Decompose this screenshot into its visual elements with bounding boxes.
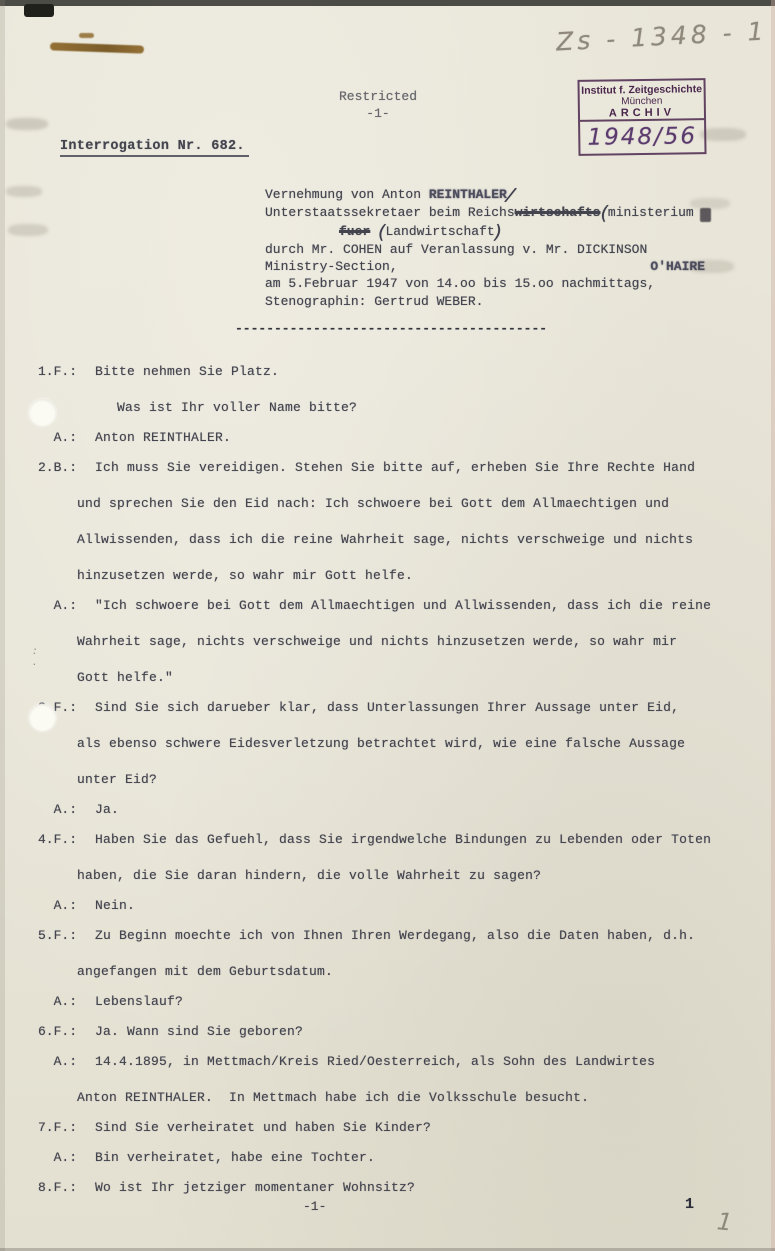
qa-label: 4.F.: xyxy=(30,822,77,894)
qa-entry: 2.B.:Ich muss Sie vereidigen. Stehen Sie… xyxy=(30,450,775,594)
scanned-document-page: : . Zs - 1348 - 1 Restricted -1- Institu… xyxy=(0,0,775,1251)
typed-page-number: 1 xyxy=(685,1196,694,1213)
interrogation-header: Vernehmung von Anton REINTHALER/ Unterst… xyxy=(265,186,715,310)
tape-residue-smudge xyxy=(50,42,144,53)
page-number-top: -1- xyxy=(333,106,423,121)
header-line-datetime: am 5.Februar 1947 von 14.oo bis 15.oo na… xyxy=(265,275,715,292)
qa-entry: 3.F.:Sind Sie sich darueber klar, dass U… xyxy=(30,690,775,798)
qa-label: A.: xyxy=(30,1044,77,1116)
paper-smudge xyxy=(6,186,42,197)
paper-smudge xyxy=(6,118,48,130)
qa-text: Bitte nehmen Sie Platz. Was ist Ihr voll… xyxy=(77,354,775,426)
qa-entry: 8.F.:Wo ist Ihr jetziger momentaner Wohn… xyxy=(30,1170,775,1206)
qa-text: Sind Sie sich darueber klar, dass Unterl… xyxy=(77,690,775,798)
classification-heading: Restricted xyxy=(333,89,423,104)
stamp-accession-number: 1948/56 xyxy=(580,118,704,154)
officer-name: O'HAIRE xyxy=(650,258,705,275)
qa-text: 14.4.1895, in Mettmach/Kreis Ried/Oester… xyxy=(77,1044,775,1116)
handwritten-paren-mark: ( xyxy=(600,205,607,222)
qa-entry: A.:"Ich schwoere bei Gott dem Allmaechti… xyxy=(30,588,775,696)
qa-label: 2.B.: xyxy=(30,450,77,594)
qa-entry: 4.F.:Haben Sie das Gefuehl, dass Sie irg… xyxy=(30,822,775,894)
header-line-interrogator: durch Mr. COHEN auf Veranlassung v. Mr. … xyxy=(265,241,715,258)
dashed-separator: ---------------------------------------- xyxy=(235,321,547,336)
scan-edge-left xyxy=(0,0,5,1251)
header-line-correction: fuer (Landwirtschaft) xyxy=(265,223,715,241)
qa-text: Wo ist Ihr jetziger momentaner Wohnsitz? xyxy=(77,1170,775,1206)
handwritten-close-paren: ) xyxy=(495,224,502,241)
qa-label: 8.F.: xyxy=(30,1170,77,1206)
document-title: Interrogation Nr. 682. xyxy=(60,139,249,157)
qa-label: A.: xyxy=(30,588,77,696)
header-line-position: Unterstaatssekretaer beim Reichswirtscha… xyxy=(265,204,715,222)
header-line-stenographer: Stenographin: Gertrud WEBER. xyxy=(265,293,715,310)
handwritten-archive-ref: Zs - 1348 - 1 xyxy=(555,16,768,56)
subject-name: REINTHALER xyxy=(429,187,507,202)
qa-text: "Ich schwoere bei Gott dem Allmaechtigen… xyxy=(77,588,775,696)
header-line-section: Ministry-Section,O'HAIRE xyxy=(265,258,705,275)
qa-entry: A.:14.4.1895, in Mettmach/Kreis Ried/Oes… xyxy=(30,1044,775,1116)
header-line-subject: Vernehmung von Anton REINTHALER/ xyxy=(265,186,715,204)
qa-entry: 1.F.:Bitte nehmen Sie Platz. Was ist Ihr… xyxy=(30,354,775,426)
inserted-ministry: Landwirtschaft xyxy=(385,224,494,239)
qa-text: Ich muss Sie vereidigen. Stehen Sie bitt… xyxy=(77,450,775,594)
hole-punch xyxy=(29,704,56,731)
hole-punch xyxy=(29,399,56,426)
scan-edge-blob xyxy=(24,4,54,17)
paper-smudge xyxy=(8,224,48,236)
qa-text: Zu Beginn moechte ich von Ihnen Ihren We… xyxy=(77,918,775,990)
scan-edge-top xyxy=(0,0,775,6)
qa-text: Haben Sie das Gefuehl, dass Sie irgendwe… xyxy=(77,822,775,894)
page-number-bottom: -1- xyxy=(303,1199,326,1214)
tape-residue-dot xyxy=(79,33,94,38)
handwritten-page-number: 1 xyxy=(716,1207,734,1236)
qa-label: 5.F.: xyxy=(30,918,77,990)
paper-smudge xyxy=(700,128,746,141)
archive-stamp: Institut f. Zeitgeschichte München ARCHI… xyxy=(577,78,706,156)
struck-word: fuer xyxy=(339,224,370,239)
qa-entry: 5.F.:Zu Beginn moechte ich von Ihnen Ihr… xyxy=(30,918,775,990)
qa-transcript: 1.F.:Bitte nehmen Sie Platz. Was ist Ihr… xyxy=(30,354,775,1200)
struck-word: wirtschafts xyxy=(515,205,601,220)
